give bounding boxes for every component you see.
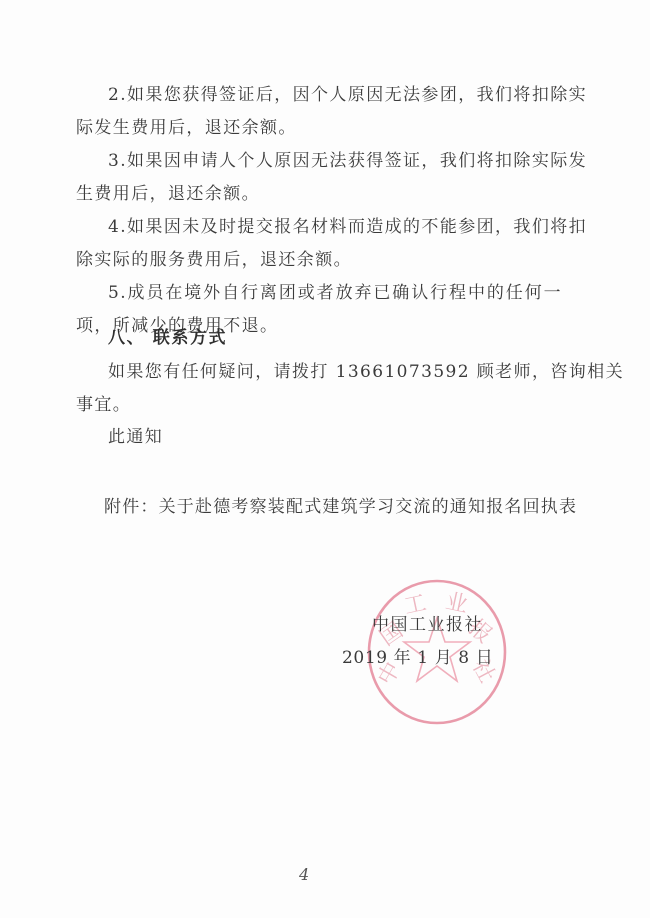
refund-item-2-line-1: 2.如果您获得签证后，因个人原因无法参团，我们将扣除实 — [108, 84, 562, 106]
refund-item-3-line-2: 生费用后，退还余额。 — [76, 183, 562, 205]
refund-item-4-line-1: 4.如果因未及时提交报名材料而造成的不能参团，我们将扣 — [108, 216, 562, 238]
section-heading-contact: 八、 联系方式 — [108, 327, 562, 349]
signature-organization: 中国工业报社 — [372, 614, 483, 636]
contact-line-2: 事宜。 — [76, 394, 562, 416]
refund-item-2-line-2: 际发生费用后，退还余额。 — [76, 117, 562, 139]
refund-item-3-line-1: 3.如果因申请人个人原因无法获得签证，我们将扣除实际发 — [108, 150, 562, 172]
attachment-note: 附件：关于赴德考察装配式建筑学习交流的通知报名回执表 — [104, 496, 562, 518]
contact-line-1: 如果您有任何疑问，请拨打 13661073592 顾老师，咨询相关 — [108, 361, 562, 383]
refund-item-5-line-1: 5.成员在境外自行离团或者放弃已确认行程中的任何一 — [108, 282, 562, 304]
document-page: 2.如果您获得签证后，因个人原因无法参团，我们将扣除实 际发生费用后，退还余额。… — [0, 0, 650, 918]
page-number: 4 — [299, 865, 309, 884]
signature-date: 2019 年 1 月 8 日 — [342, 647, 493, 669]
closing-text: 此通知 — [108, 426, 562, 448]
refund-item-4-line-2: 除实际的服务费用后，退还余额。 — [76, 249, 562, 271]
